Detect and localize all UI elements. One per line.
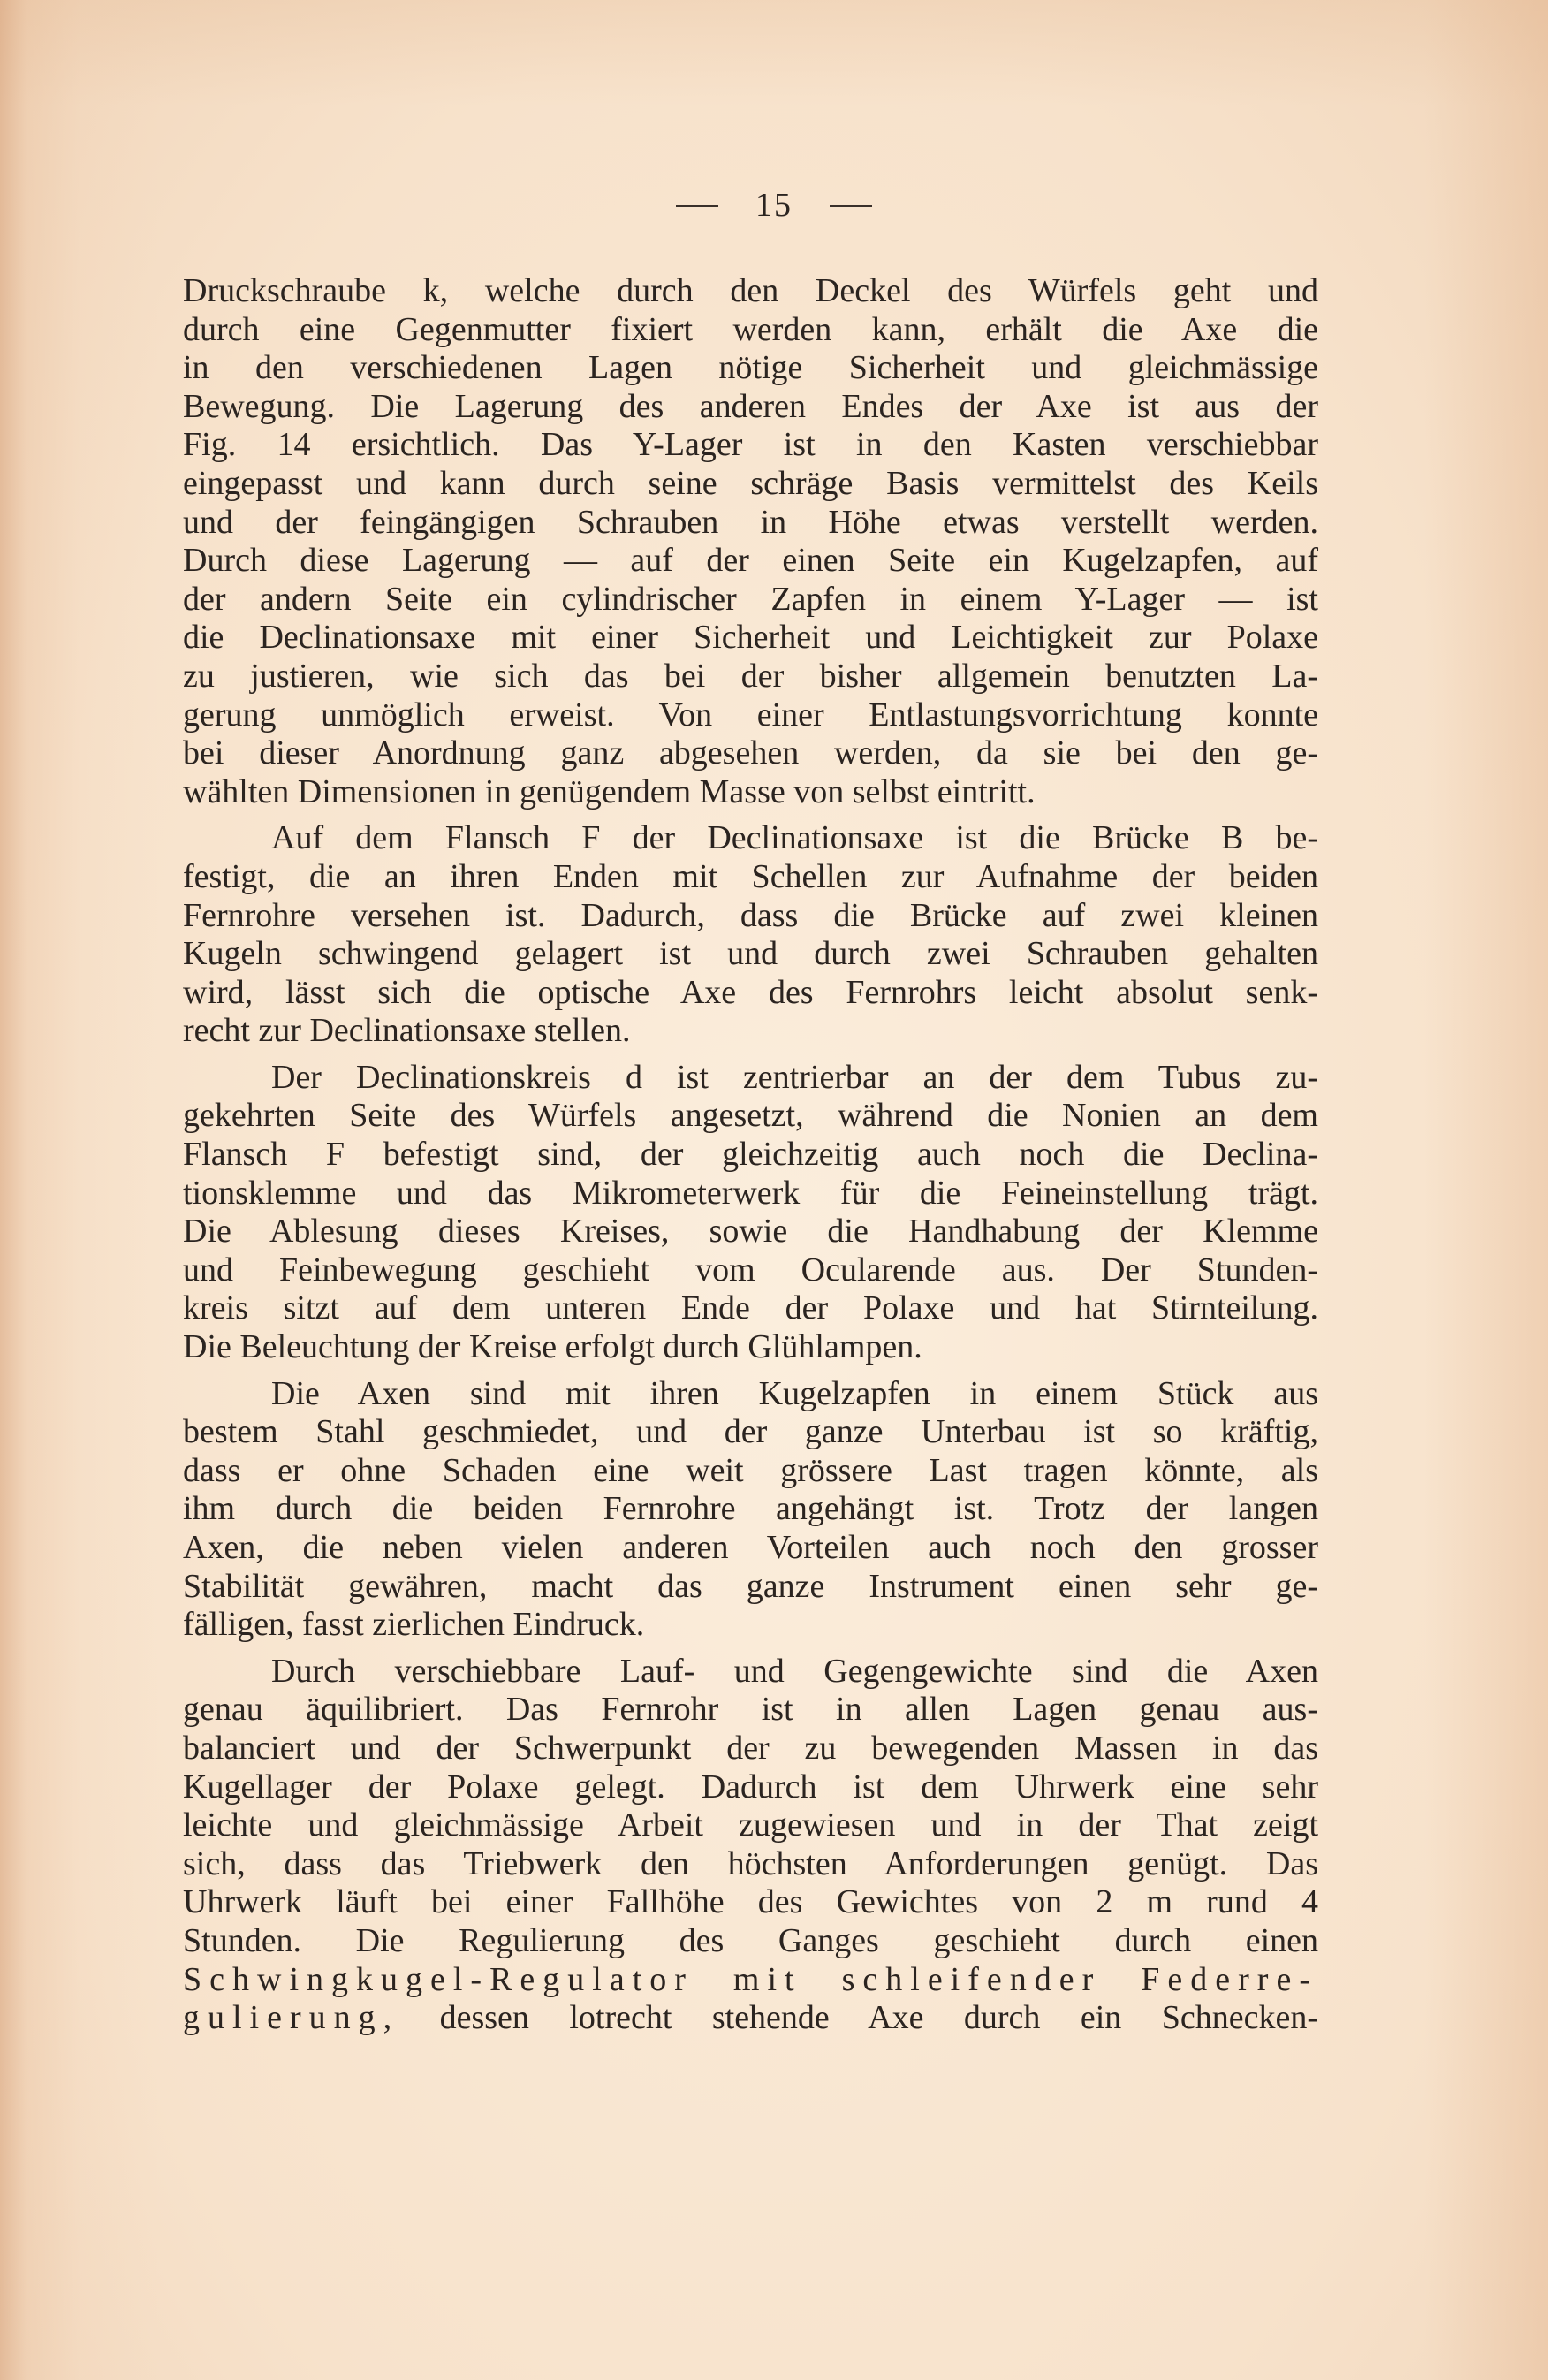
text-line: Flansch F befestigt sind, der gleichzeit… bbox=[183, 1136, 1318, 1175]
text-line: tionsklemme und das Mikrometerwerk für d… bbox=[183, 1175, 1318, 1213]
text-line: Die Axen sind mit ihren Kugelzapfen in e… bbox=[183, 1375, 1318, 1414]
text-line: sich, dass das Triebwerk den höchsten An… bbox=[183, 1845, 1318, 1884]
text-line: recht zur Declinationsaxe stellen. bbox=[183, 1012, 1318, 1051]
text-line-remainder: dessen lotrecht stehende Axe durch ein S… bbox=[399, 1999, 1318, 2036]
text-line: gekehrten Seite des Würfels angesetzt, w… bbox=[183, 1097, 1318, 1136]
page-number-dash-right bbox=[830, 205, 872, 207]
text-line: gerung unmöglich erweist. Von einer Entl… bbox=[183, 696, 1318, 735]
text-line: Stabilität gewähren, macht das ganze Ins… bbox=[183, 1568, 1318, 1607]
spaced-emphasis-word: gulierung, bbox=[183, 1999, 399, 2036]
text-line: Die Ablesung dieses Kreises, sowie die H… bbox=[183, 1213, 1318, 1251]
text-line: Uhrwerk läuft bei einer Fallhöhe des Gew… bbox=[183, 1883, 1318, 1922]
text-line: ihm durch die beiden Fernrohre angehängt… bbox=[183, 1490, 1318, 1529]
page-number: 15 bbox=[755, 186, 793, 224]
text-line: durch eine Gegenmutter fixiert werden ka… bbox=[183, 311, 1318, 350]
text-line: leichte und gleichmässige Arbeit zugewie… bbox=[183, 1806, 1318, 1845]
text-line: Stunden. Die Regulierung des Ganges gesc… bbox=[183, 1922, 1318, 1961]
text-line: festigt, die an ihren Enden mit Schellen… bbox=[183, 858, 1318, 897]
paragraph-1: Druckschraube k, welche durch den Deckel… bbox=[183, 272, 1318, 811]
text-line: die Declinationsaxe mit einer Sicherheit… bbox=[183, 619, 1318, 658]
text-line: Durch diese Lagerung — auf der einen Sei… bbox=[183, 542, 1318, 581]
paragraph-5: Durch verschiebbare Lauf- und Gegengewic… bbox=[183, 1653, 1318, 2038]
text-line: wählten Dimensionen in genügendem Masse … bbox=[183, 773, 1318, 812]
text-line: Axen, die neben vielen anderen Vorteilen… bbox=[183, 1529, 1318, 1568]
page-number-dash-left bbox=[676, 205, 718, 207]
text-line: und der feingängigen Schrauben in Höhe e… bbox=[183, 504, 1318, 543]
text-line: zu justieren, wie sich das bei der bishe… bbox=[183, 658, 1318, 696]
text-line: und Feinbewegung geschieht vom Ocularend… bbox=[183, 1251, 1318, 1290]
text-line: gulierung, dessen lotrecht stehende Axe … bbox=[183, 1999, 1318, 2038]
text-line: Bewegung. Die Lagerung des anderen Endes… bbox=[183, 388, 1318, 427]
text-line: bei dieser Anordnung ganz abgesehen werd… bbox=[183, 734, 1318, 773]
text-line: Kugeln schwingend gelagert ist und durch… bbox=[183, 935, 1318, 974]
text-line: dass er ohne Schaden eine weit grössere … bbox=[183, 1452, 1318, 1491]
text-line: Fernrohre versehen ist. Dadurch, dass di… bbox=[183, 897, 1318, 936]
text-line: Der Declinationskreis d ist zentrierbar … bbox=[183, 1059, 1318, 1098]
text-line: Durch verschiebbare Lauf- und Gegengewic… bbox=[183, 1653, 1318, 1692]
text-line: wird, lässt sich die optische Axe des Fe… bbox=[183, 974, 1318, 1013]
text-line: genau äquilibriert. Das Fernrohr ist in … bbox=[183, 1691, 1318, 1730]
text-line: bestem Stahl geschmiedet, und der ganze … bbox=[183, 1413, 1318, 1452]
paragraph-4: Die Axen sind mit ihren Kugelzapfen in e… bbox=[183, 1375, 1318, 1645]
text-line: balanciert und der Schwerpunkt der zu be… bbox=[183, 1730, 1318, 1768]
body-text: Druckschraube k, welche durch den Deckel… bbox=[183, 272, 1318, 2038]
text-line: Auf dem Flansch F der Declinationsaxe is… bbox=[183, 819, 1318, 858]
text-line: in den verschiedenen Lagen nötige Sicher… bbox=[183, 349, 1318, 388]
text-line: fälligen, fasst zierlichen Eindruck. bbox=[183, 1606, 1318, 1645]
text-line: der andern Seite ein cylindrischer Zapfe… bbox=[183, 581, 1318, 620]
text-line: Druckschraube k, welche durch den Deckel… bbox=[183, 272, 1318, 311]
text-line-spaced-emphasis: Schwingkugel-Regulator mit schleifender … bbox=[183, 1961, 1318, 2000]
page-header: 15 bbox=[0, 186, 1548, 224]
paragraph-2: Auf dem Flansch F der Declinationsaxe is… bbox=[183, 819, 1318, 1051]
text-line: kreis sitzt auf dem unteren Ende der Pol… bbox=[183, 1289, 1318, 1328]
text-line: Fig. 14 ersichtlich. Das Y-Lager ist in … bbox=[183, 426, 1318, 465]
text-line: Die Beleuchtung der Kreise erfolgt durch… bbox=[183, 1328, 1318, 1367]
text-line: eingepasst und kann durch seine schräge … bbox=[183, 465, 1318, 504]
paragraph-3: Der Declinationskreis d ist zentrierbar … bbox=[183, 1059, 1318, 1367]
text-line: Kugellager der Polaxe gelegt. Dadurch is… bbox=[183, 1768, 1318, 1807]
